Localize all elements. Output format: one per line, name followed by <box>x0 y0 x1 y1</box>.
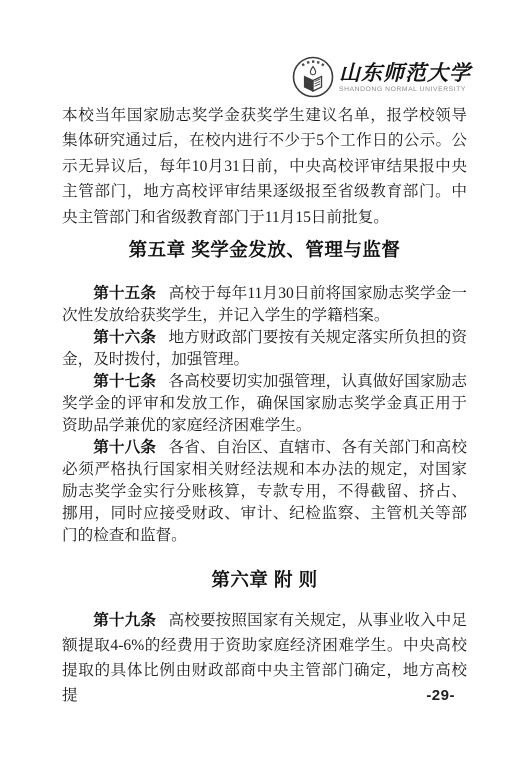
article-16: 第十六条地方财政部门要按有关规定落实所负担的资金，及时拨付，加强管理。 <box>62 327 467 371</box>
university-seal-icon <box>292 56 334 98</box>
document-body: 本校当年国家励志奖学金获奖学生建议名单，报学校领导集体研究通过后，在校内进行不少… <box>62 103 467 708</box>
university-logo: 山东师范大学 SHANDONG NORMAL UNIVERSITY <box>292 56 471 98</box>
article-15-label: 第十五条 <box>93 285 156 302</box>
chapter5-articles: 第十五条高校于每年11月30日前将国家励志奖学金一次性发放给获奖学生，并记入学生… <box>62 283 467 547</box>
article-18: 第十八条各省、自治区、直辖市、各有关部门和高校必须严格执行国家相关财经法规和本办… <box>62 437 467 547</box>
chapter6-articles: 第十九条高校要按照国家有关规定，从事业收入中足额提取4-6%的经费用于资助家庭经… <box>62 608 467 708</box>
university-name-en: SHANDONG NORMAL UNIVERSITY <box>339 85 471 94</box>
article-17: 第十七条各高校要切实加强管理，认真做好国家励志奖学金的评审和发放工作，确保国家励… <box>62 371 467 437</box>
logo-text-block: 山东师范大学 SHANDONG NORMAL UNIVERSITY <box>339 61 471 94</box>
article-19-label: 第十九条 <box>93 612 156 629</box>
chapter5-title: 第五章 奖学金发放、管理与监督 <box>62 237 467 262</box>
chapter6-title: 第六章 附 则 <box>62 567 467 592</box>
article-15: 第十五条高校于每年11月30日前将国家励志奖学金一次性发放给获奖学生，并记入学生… <box>62 283 467 327</box>
intro-paragraph: 本校当年国家励志奖学金获奖学生建议名单，报学校领导集体研究通过后，在校内进行不少… <box>62 103 467 230</box>
document-page: 山东师范大学 SHANDONG NORMAL UNIVERSITY 本校当年国家… <box>0 0 525 768</box>
article-19: 第十九条高校要按照国家有关规定，从事业收入中足额提取4-6%的经费用于资助家庭经… <box>62 608 467 708</box>
university-name-cn: 山东师范大学 <box>339 61 471 85</box>
article-18-label: 第十八条 <box>93 439 156 456</box>
page-number: -29- <box>426 687 455 704</box>
article-16-label: 第十六条 <box>93 329 156 346</box>
article-17-label: 第十七条 <box>93 373 156 390</box>
